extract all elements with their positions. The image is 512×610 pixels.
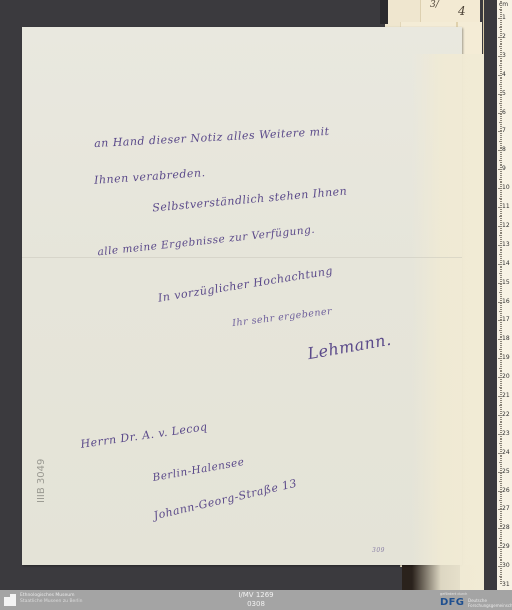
ruler-tick — [498, 169, 502, 170]
ruler-tick — [499, 557, 502, 558]
letter-line-3: Selbstverständlich stehen Ihnen — [152, 185, 348, 215]
ruler-label: 25 — [502, 468, 510, 475]
ruler-label: 2 — [502, 33, 506, 40]
ruler-tick — [500, 572, 502, 573]
ruler-tick — [500, 118, 502, 119]
ruler-tick — [500, 517, 502, 518]
ruler-tick — [500, 284, 502, 285]
ruler-tick — [499, 27, 502, 28]
ruler-tick — [500, 95, 502, 96]
ruler-tick — [500, 341, 502, 342]
ruler-tick — [498, 509, 502, 510]
ruler-tick — [500, 502, 502, 503]
ruler-tick — [500, 555, 502, 556]
ruler-tick — [500, 324, 502, 325]
ruler-tick — [500, 269, 502, 270]
ruler-tick — [499, 405, 502, 406]
ruler-label: 1 — [502, 14, 506, 21]
ruler-tick — [500, 362, 502, 363]
ruler-tick — [498, 377, 502, 378]
ruler-tick — [500, 305, 502, 306]
ruler-tick — [500, 559, 502, 560]
ruler-tick — [500, 532, 502, 533]
ruler-tick — [500, 326, 502, 327]
ruler-tick — [500, 233, 502, 234]
ruler-tick — [498, 18, 502, 19]
ruler-tick — [500, 82, 502, 83]
ruler-tick — [500, 256, 502, 257]
ruler-tick — [499, 216, 502, 217]
document-id: I/MV 1269 0308 — [0, 591, 512, 609]
ruler-tick — [498, 226, 502, 227]
ruler-tick — [500, 177, 502, 178]
ruler-tick — [498, 94, 502, 95]
ruler-label: 3 — [502, 52, 506, 59]
ruler-tick — [500, 1, 502, 2]
ruler-label: 4 — [502, 71, 506, 78]
ruler-tick — [498, 528, 502, 529]
address-street: Johann-Georg-Straße 13 — [152, 477, 298, 523]
ruler-tick — [499, 65, 502, 66]
ruler-tick — [500, 568, 502, 569]
ruler-tick — [500, 218, 502, 219]
ruler-tick — [500, 99, 502, 100]
ruler-label: 19 — [502, 354, 510, 361]
ruler-tick — [500, 366, 502, 367]
ruler-tick — [500, 313, 502, 314]
ruler-tick — [500, 379, 502, 380]
letter-line-1: an Hand dieser Notiz alles Weitere mit — [94, 125, 330, 150]
ruler-tick — [500, 266, 502, 267]
pencil-inventory-number: IIIB 3049 — [36, 459, 47, 503]
ruler-tick — [499, 122, 502, 123]
ruler-tick — [500, 521, 502, 522]
ruler-tick — [500, 479, 502, 480]
ruler-tick — [499, 424, 502, 425]
ruler-tick — [500, 143, 502, 144]
ruler-tick — [500, 209, 502, 210]
paper-crease — [22, 257, 462, 258]
ruler-tick — [500, 309, 502, 310]
ruler-tick — [499, 141, 502, 142]
ruler-tick — [499, 500, 502, 501]
ruler-tick — [500, 97, 502, 98]
ruler-label: 9 — [502, 165, 506, 172]
ruler-tick — [500, 199, 502, 200]
ruler-tick — [500, 196, 502, 197]
ruler-tick — [500, 494, 502, 495]
ruler-tick — [498, 245, 502, 246]
ruler-tick — [500, 534, 502, 535]
ruler-tick — [498, 396, 502, 397]
ruler-label: 21 — [502, 392, 510, 399]
ruler-tick — [500, 173, 502, 174]
address-recipient: Herrn Dr. A. v. Lecoq — [80, 420, 209, 451]
ruler-tick — [500, 385, 502, 386]
ruler-tick — [500, 61, 502, 62]
ruler-tick — [499, 311, 502, 312]
ruler-tick — [499, 330, 502, 331]
ruler-tick — [500, 540, 502, 541]
ruler-tick — [500, 249, 502, 250]
ruler-tick — [500, 190, 502, 191]
bottom-pencil-mark: 309 — [372, 547, 385, 554]
signature-code: I/MV 1269 — [0, 591, 512, 600]
ruler-tick — [500, 213, 502, 214]
ruler-tick — [500, 553, 502, 554]
ruler-tick — [500, 60, 502, 61]
ruler-tick — [498, 283, 502, 284]
ruler-tick — [498, 56, 502, 57]
ruler-tick — [500, 20, 502, 21]
ruler-tick — [500, 158, 502, 159]
ruler-label: 11 — [502, 203, 510, 210]
ruler-tick — [500, 63, 502, 64]
ruler-tick — [500, 426, 502, 427]
ruler-label: 16 — [502, 298, 510, 305]
ruler-tick — [500, 574, 502, 575]
ruler-tick — [499, 273, 502, 274]
ruler-label: 20 — [502, 373, 510, 380]
ruler-tick — [500, 513, 502, 514]
ruler-tick — [500, 473, 502, 474]
ruler-tick — [499, 462, 502, 463]
ruler-tick — [500, 154, 502, 155]
ruler-tick — [500, 445, 502, 446]
ruler-tick — [498, 188, 502, 189]
ruler-tick — [499, 84, 502, 85]
corner-mark-top: 3/ — [430, 0, 439, 10]
ruler-label: 29 — [502, 543, 510, 550]
ruler-tick — [500, 67, 502, 68]
ruler-tick — [500, 26, 502, 27]
ruler-tick — [499, 387, 502, 388]
ruler-tick — [500, 549, 502, 550]
ruler-tick — [500, 577, 502, 578]
ruler-tick — [500, 211, 502, 212]
ruler-tick — [500, 171, 502, 172]
ruler-tick — [498, 339, 502, 340]
ruler-tick — [500, 116, 502, 117]
ruler-tick — [498, 566, 502, 567]
ruler-tick — [500, 351, 502, 352]
ruler-tick — [500, 421, 502, 422]
ruler-tick — [500, 439, 502, 440]
measurement-ruler: cm 1234567891011121314151617181920212223… — [497, 0, 512, 590]
ruler-tick — [498, 302, 502, 303]
ruler-tick — [500, 156, 502, 157]
sponsor-name-line-2: Forschungsgemeinschaft — [468, 603, 512, 608]
ruler-tick — [500, 388, 502, 389]
ruler-tick — [500, 135, 502, 136]
ruler-tick — [500, 492, 502, 493]
corner-mark-number: 4 — [458, 4, 466, 18]
ruler-label: 12 — [502, 222, 510, 229]
ruler-tick — [500, 464, 502, 465]
ruler-tick — [500, 58, 502, 59]
ruler-tick — [500, 477, 502, 478]
ruler-label: 27 — [502, 505, 510, 512]
ruler-tick — [500, 24, 502, 25]
ruler-tick — [500, 162, 502, 163]
ruler-tick — [499, 198, 502, 199]
ruler-tick — [500, 332, 502, 333]
ruler-tick — [500, 133, 502, 134]
ruler-tick — [500, 152, 502, 153]
ruler-tick — [498, 75, 502, 76]
ruler-tick — [500, 364, 502, 365]
ruler-tick — [499, 46, 502, 47]
letter-closing: In vorzüglicher Hochachtung — [157, 264, 334, 305]
ruler-tick — [500, 417, 502, 418]
ruler-tick — [499, 349, 502, 350]
ruler-tick — [500, 286, 502, 287]
ruler-tick — [500, 181, 502, 182]
ruler-tick — [500, 271, 502, 272]
ruler-tick — [500, 515, 502, 516]
ruler-tick — [500, 530, 502, 531]
ruler-tick — [500, 419, 502, 420]
ruler-tick — [498, 415, 502, 416]
ruler-label: 14 — [502, 260, 510, 267]
ruler-label: 22 — [502, 411, 510, 418]
ruler-tick — [498, 150, 502, 151]
ruler-tick — [500, 383, 502, 384]
ruler-tick — [500, 360, 502, 361]
ruler-tick — [500, 455, 502, 456]
ruler-tick — [499, 179, 502, 180]
ruler-tick — [500, 114, 502, 115]
ruler-label: 28 — [502, 524, 510, 531]
ruler-tick — [500, 290, 502, 291]
ruler-tick — [500, 3, 502, 4]
ruler-tick — [498, 472, 502, 473]
ruler-tick — [500, 438, 502, 439]
ruler-tick — [500, 124, 502, 125]
ruler-tick — [500, 10, 502, 11]
ruler-tick — [500, 137, 502, 138]
ruler-tick — [500, 307, 502, 308]
ruler-tick — [500, 400, 502, 401]
ruler-tick — [499, 576, 502, 577]
ruler-tick — [500, 22, 502, 23]
ruler-tick — [500, 175, 502, 176]
ruler-tick — [500, 536, 502, 537]
ruler-tick — [500, 48, 502, 49]
letter-page: an Hand dieser Notiz alles Weitere mit I… — [22, 27, 462, 565]
ruler-tick — [499, 235, 502, 236]
ruler-tick — [500, 7, 502, 8]
sponsor-name: Deutsche Forschungsgemeinschaft — [468, 598, 512, 608]
ruler-label: 8 — [502, 146, 506, 153]
ruler-tick — [498, 453, 502, 454]
ruler-tick — [498, 131, 502, 132]
ruler-tick — [500, 228, 502, 229]
ruler-tick — [498, 358, 502, 359]
ruler-tick — [500, 43, 502, 44]
document-viewer: 3/ 4 an Hand dieser Notiz alles Weitere … — [0, 0, 512, 590]
ruler-label: 13 — [502, 241, 510, 248]
ruler-tick — [500, 475, 502, 476]
ruler-tick — [500, 460, 502, 461]
ruler-tick — [500, 267, 502, 268]
ruler-tick — [500, 322, 502, 323]
letter-line-2: Ihnen verabreden. — [94, 166, 206, 187]
ruler-tick — [500, 402, 502, 403]
ruler-tick — [500, 41, 502, 42]
ruler-tick — [499, 538, 502, 539]
ruler-tick — [500, 192, 502, 193]
ruler-tick — [500, 498, 502, 499]
ruler-tick — [500, 237, 502, 238]
ruler-tick — [498, 491, 502, 492]
ruler-label: 17 — [502, 316, 510, 323]
letter-overlap-shade — [412, 54, 484, 590]
ruler-tick — [499, 160, 502, 161]
ruler-tick — [498, 37, 502, 38]
ruler-tick — [500, 422, 502, 423]
ruler-label: 24 — [502, 449, 510, 456]
ruler-tick — [500, 77, 502, 78]
dfg-logo-icon: DFG — [440, 597, 464, 608]
footer-bar: Ethnologisches Museum Staatliche Museen … — [0, 590, 512, 610]
ruler-tick — [500, 5, 502, 6]
ruler-tick — [500, 456, 502, 457]
ruler-label: 23 — [502, 430, 510, 437]
ruler-tick — [499, 103, 502, 104]
ruler-tick — [500, 247, 502, 248]
ruler-tick — [500, 404, 502, 405]
ruler-tick — [500, 370, 502, 371]
ruler-tick — [500, 570, 502, 571]
ruler-tick — [498, 434, 502, 435]
page-number: 0308 — [0, 600, 512, 609]
sponsor-label: gefördert durch — [440, 592, 467, 596]
ruler-tick — [500, 343, 502, 344]
ruler-tick — [500, 275, 502, 276]
ruler-tick — [498, 320, 502, 321]
ruler-tick — [499, 254, 502, 255]
ruler-tick — [499, 292, 502, 293]
ruler-tick — [500, 347, 502, 348]
ruler-tick — [500, 232, 502, 233]
ruler-tick — [499, 368, 502, 369]
ruler-tick — [500, 252, 502, 253]
ruler-tick — [500, 86, 502, 87]
ruler-tick — [500, 44, 502, 45]
ruler-tick — [500, 78, 502, 79]
ruler-tick — [500, 288, 502, 289]
ruler-tick — [500, 407, 502, 408]
ruler-tick — [499, 443, 502, 444]
ruler-tick — [498, 207, 502, 208]
ruler-tick — [499, 481, 502, 482]
ruler-tick — [500, 511, 502, 512]
signature: Lehmann. — [306, 330, 393, 363]
ruler-tick — [500, 458, 502, 459]
ruler-label: 7 — [502, 127, 506, 134]
letter-line-4: alle meine Ergebnisse zur Verfügung. — [97, 224, 316, 259]
ruler-tick — [500, 194, 502, 195]
ruler-tick — [500, 483, 502, 484]
background-gap — [380, 0, 388, 24]
ruler-tick — [500, 215, 502, 216]
ruler-tick — [500, 328, 502, 329]
letter-closing-2: Ihr sehr ergebener — [232, 306, 333, 329]
ruler-label: 10 — [502, 184, 510, 191]
ruler-tick — [500, 29, 502, 30]
ruler-tick — [500, 120, 502, 121]
ruler-tick — [500, 551, 502, 552]
ruler-label: 18 — [502, 335, 510, 342]
ruler-tick — [500, 381, 502, 382]
ruler-tick — [500, 496, 502, 497]
ruler-tick — [498, 113, 502, 114]
ruler-label: 15 — [502, 279, 510, 286]
ruler-tick — [499, 519, 502, 520]
ruler-tick — [500, 294, 502, 295]
ruler-label: 5 — [502, 90, 506, 97]
ruler-tick — [500, 139, 502, 140]
ruler-tick — [498, 264, 502, 265]
ruler-tick — [500, 80, 502, 81]
ruler-tick — [500, 436, 502, 437]
ruler-label: 26 — [502, 487, 510, 494]
ruler-tick — [500, 105, 502, 106]
ruler-tick — [498, 547, 502, 548]
ruler-tick — [499, 9, 502, 10]
ruler-tick — [500, 441, 502, 442]
ruler-tick — [500, 101, 502, 102]
sponsor-credit: gefördert durch DFG Deutsche Forschungsg… — [440, 592, 510, 608]
ruler-tick — [500, 230, 502, 231]
ruler-tick — [500, 303, 502, 304]
ruler-label: 31 — [502, 581, 510, 588]
ruler-tick — [500, 39, 502, 40]
address-city: Berlin-Halensee — [152, 456, 246, 484]
ruler-tick — [500, 250, 502, 251]
ruler-tick — [500, 398, 502, 399]
ruler-label: 30 — [502, 562, 510, 569]
ruler-label: 6 — [502, 109, 506, 116]
ruler-tick — [500, 345, 502, 346]
